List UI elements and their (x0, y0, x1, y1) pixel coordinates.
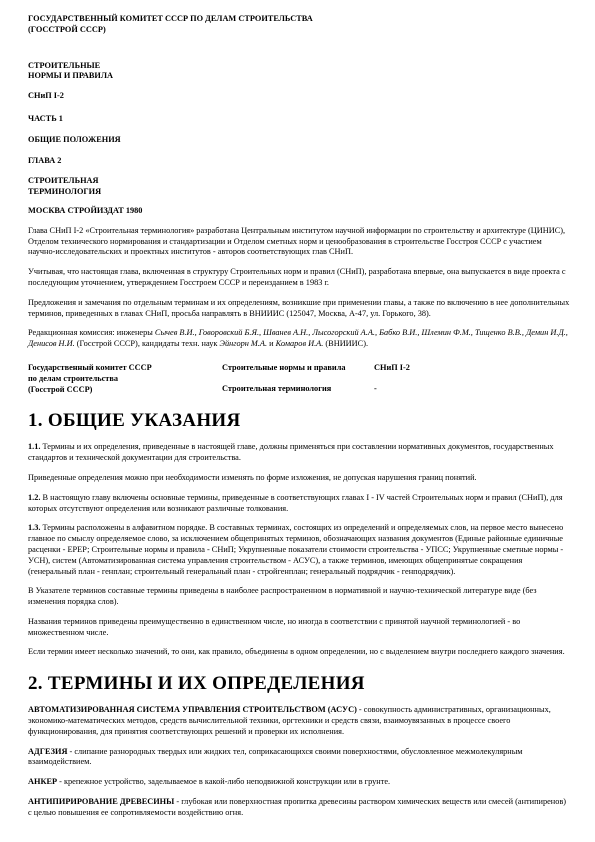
term-entry-adhesion: АДГЕЗИЯ - слипание разнородных твердых и… (28, 747, 570, 769)
section1-paragraph-2: Приведенные определения можно при необхо… (28, 473, 570, 484)
term-name: АНТИПИРИРОВАНИЕ ДРЕВЕСИНЫ (28, 797, 174, 806)
term-name: АДГЕЗИЯ (28, 747, 67, 756)
term-name: АНКЕР (28, 777, 57, 786)
chapter-title-line-2: ТЕРМИНОЛОГИЯ (28, 187, 570, 198)
section1-paragraph-7: Если термин имеет несколько значений, то… (28, 647, 570, 658)
clause-text: Приведенные определения можно при необхо… (28, 473, 477, 482)
approval-table-left-cell: Государственный комитет СССР по делам ст… (28, 363, 222, 395)
approval-org-line-2: по делам строительства (28, 374, 222, 385)
committee-line-2: (ГОССТРОЙ СССР) (28, 25, 570, 36)
approval-row2-value: - (374, 384, 377, 395)
term-entry-asus: АВТОМАТИЗИРОВАННАЯ СИСТЕМА УПРАВЛЕНИЯ СТ… (28, 705, 570, 737)
clause-text: Термины расположены в алфавитном порядке… (28, 523, 563, 575)
clause-text: В Указателе терминов составные термины п… (28, 586, 537, 606)
section1-paragraph-6: Названия терминов приведены преимуществе… (28, 617, 570, 639)
doc-type-line-1: СТРОИТЕЛЬНЫЕ (28, 61, 570, 72)
approval-row1-value: СНиП I-2 (374, 363, 410, 374)
credits-conj: и (267, 339, 276, 348)
term-entry-anchor: АНКЕР - крепежное устройство, заделываем… (28, 777, 570, 788)
clause-text: Термины и их определения, приведенные в … (28, 442, 554, 462)
clause-text: Если термин имеет несколько значений, то… (28, 647, 565, 656)
chapter-title-line-1: СТРОИТЕЛЬНАЯ (28, 176, 570, 187)
approval-org-line-1: Государственный комитет СССР (28, 363, 222, 374)
part-label: ЧАСТЬ 1 (28, 114, 570, 125)
credits-candidate-2: Комаров И.А. (276, 339, 324, 348)
approval-table-row-1: Строительные нормы и правила СНиП I-2 (222, 363, 570, 374)
intro-paragraph-3: Предложения и замечания по отдельным тер… (28, 298, 570, 320)
term-definition: - крепежное устройство, заделываемое в к… (57, 777, 390, 786)
term-definition: - слипание разнородных твердых или жидки… (28, 747, 523, 767)
approval-table-right-cell: Строительные нормы и правила СНиП I-2 Ст… (222, 363, 570, 395)
chapter-title-block: СТРОИТЕЛЬНАЯ ТЕРМИНОЛОГИЯ (28, 176, 570, 198)
clause-number: 1.3. (28, 523, 40, 532)
approval-table-row-2: Строительная терминология - (222, 384, 570, 395)
imprint: МОСКВА СТРОЙИЗДАТ 1980 (28, 206, 570, 217)
chapter-label: ГЛАВА 2 (28, 156, 570, 167)
approval-org-line-3: (Госстрой СССР) (28, 385, 222, 396)
intro-paragraph-2: Учитывая, что настоящая глава, включенна… (28, 267, 570, 289)
committee-block: ГОСУДАРСТВЕННЫЙ КОМИТЕТ СССР ПО ДЕЛАМ СТ… (28, 14, 570, 36)
doc-code: СНиП I-2 (28, 91, 570, 102)
section1-paragraph-5: В Указателе терминов составные термины п… (28, 586, 570, 608)
part-title: ОБЩИЕ ПОЛОЖЕНИЯ (28, 135, 570, 146)
clause-text: В настоящую главу включены основные терм… (28, 493, 563, 513)
editorial-commission: Редакционная комиссия: инженеры Сычев В.… (28, 328, 570, 350)
term-entry-antipyration: АНТИПИРИРОВАНИЕ ДРЕВЕСИНЫ - глубокая или… (28, 797, 570, 819)
section1-paragraph-1: 1.1. Термины и их определения, приведенн… (28, 442, 570, 464)
doc-type-block: СТРОИТЕЛЬНЫЕ НОРМЫ И ПРАВИЛА (28, 61, 570, 83)
credits-prefix: Редакционная комиссия: инженеры (28, 328, 155, 337)
approval-row1-label: Строительные нормы и правила (222, 363, 374, 374)
clause-number: 1.1. (28, 442, 40, 451)
clause-number: 1.2. (28, 493, 40, 502)
term-name: АВТОМАТИЗИРОВАННАЯ СИСТЕМА УПРАВЛЕНИЯ СТ… (28, 705, 357, 714)
section-2-heading: 2. ТЕРМИНЫ И ИХ ОПРЕДЕЛЕНИЯ (28, 673, 570, 694)
section1-paragraph-3: 1.2. В настоящую главу включены основные… (28, 493, 570, 515)
approval-table: Государственный комитет СССР по делам ст… (28, 363, 570, 395)
document-page: ГОСУДАРСТВЕННЫЙ КОМИТЕТ СССР ПО ДЕЛАМ СТ… (0, 0, 595, 842)
section-1-heading: 1. ОБЩИЕ УКАЗАНИЯ (28, 410, 570, 431)
credits-suffix: (ВНИИИС). (323, 339, 368, 348)
section1-paragraph-4: 1.3. Термины расположены в алфавитном по… (28, 523, 570, 577)
intro-paragraph-1: Глава СНиП I-2 «Строительная терминологи… (28, 226, 570, 258)
approval-row2-label: Строительная терминология (222, 384, 374, 395)
committee-line-1: ГОСУДАРСТВЕННЫЙ КОМИТЕТ СССР ПО ДЕЛАМ СТ… (28, 14, 570, 25)
doc-type-line-2: НОРМЫ И ПРАВИЛА (28, 71, 570, 82)
credits-candidate-1: Эйнгорн М.А. (220, 339, 268, 348)
clause-text: Названия терминов приведены преимуществе… (28, 617, 520, 637)
credits-middle: (Госстрой СССР), кандидаты техн. наук (75, 339, 220, 348)
